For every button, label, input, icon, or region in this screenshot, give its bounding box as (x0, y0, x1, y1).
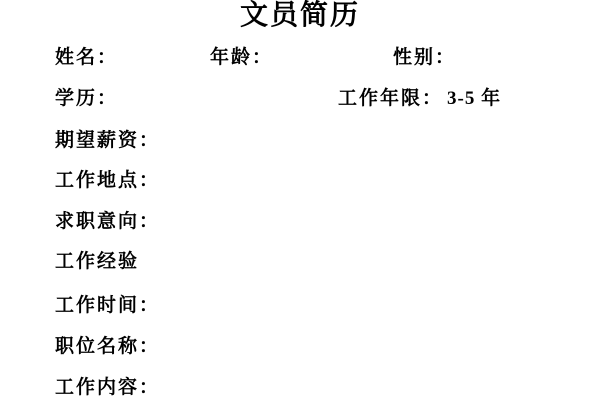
document-page: 文员简历 姓名： 年龄： 性别： 学历： 工作年限： 3-5 年 期望薪资： 工… (0, 0, 600, 400)
section-heading-work-experience: 工作经验 (55, 251, 139, 272)
field-label-education: 学历： (55, 88, 118, 109)
field-label-work-location: 工作地点： (55, 170, 160, 191)
field-label-age: 年龄： (210, 47, 273, 68)
field-value-work-years: 3-5 年 (447, 88, 501, 109)
field-label-expected-salary: 期望薪资： (55, 130, 160, 151)
field-label-work-years: 工作年限： (338, 88, 443, 109)
page-title: 文员简历 (0, 0, 600, 32)
field-label-work-content: 工作内容： (55, 377, 160, 398)
field-work-years: 工作年限： 3-5 年 (338, 88, 501, 109)
field-label-position-title: 职位名称： (55, 336, 160, 357)
field-label-job-intention: 求职意向： (55, 211, 160, 232)
field-label-name: 姓名： (55, 47, 118, 68)
field-label-gender: 性别： (393, 47, 456, 68)
field-label-work-time: 工作时间： (55, 295, 160, 316)
